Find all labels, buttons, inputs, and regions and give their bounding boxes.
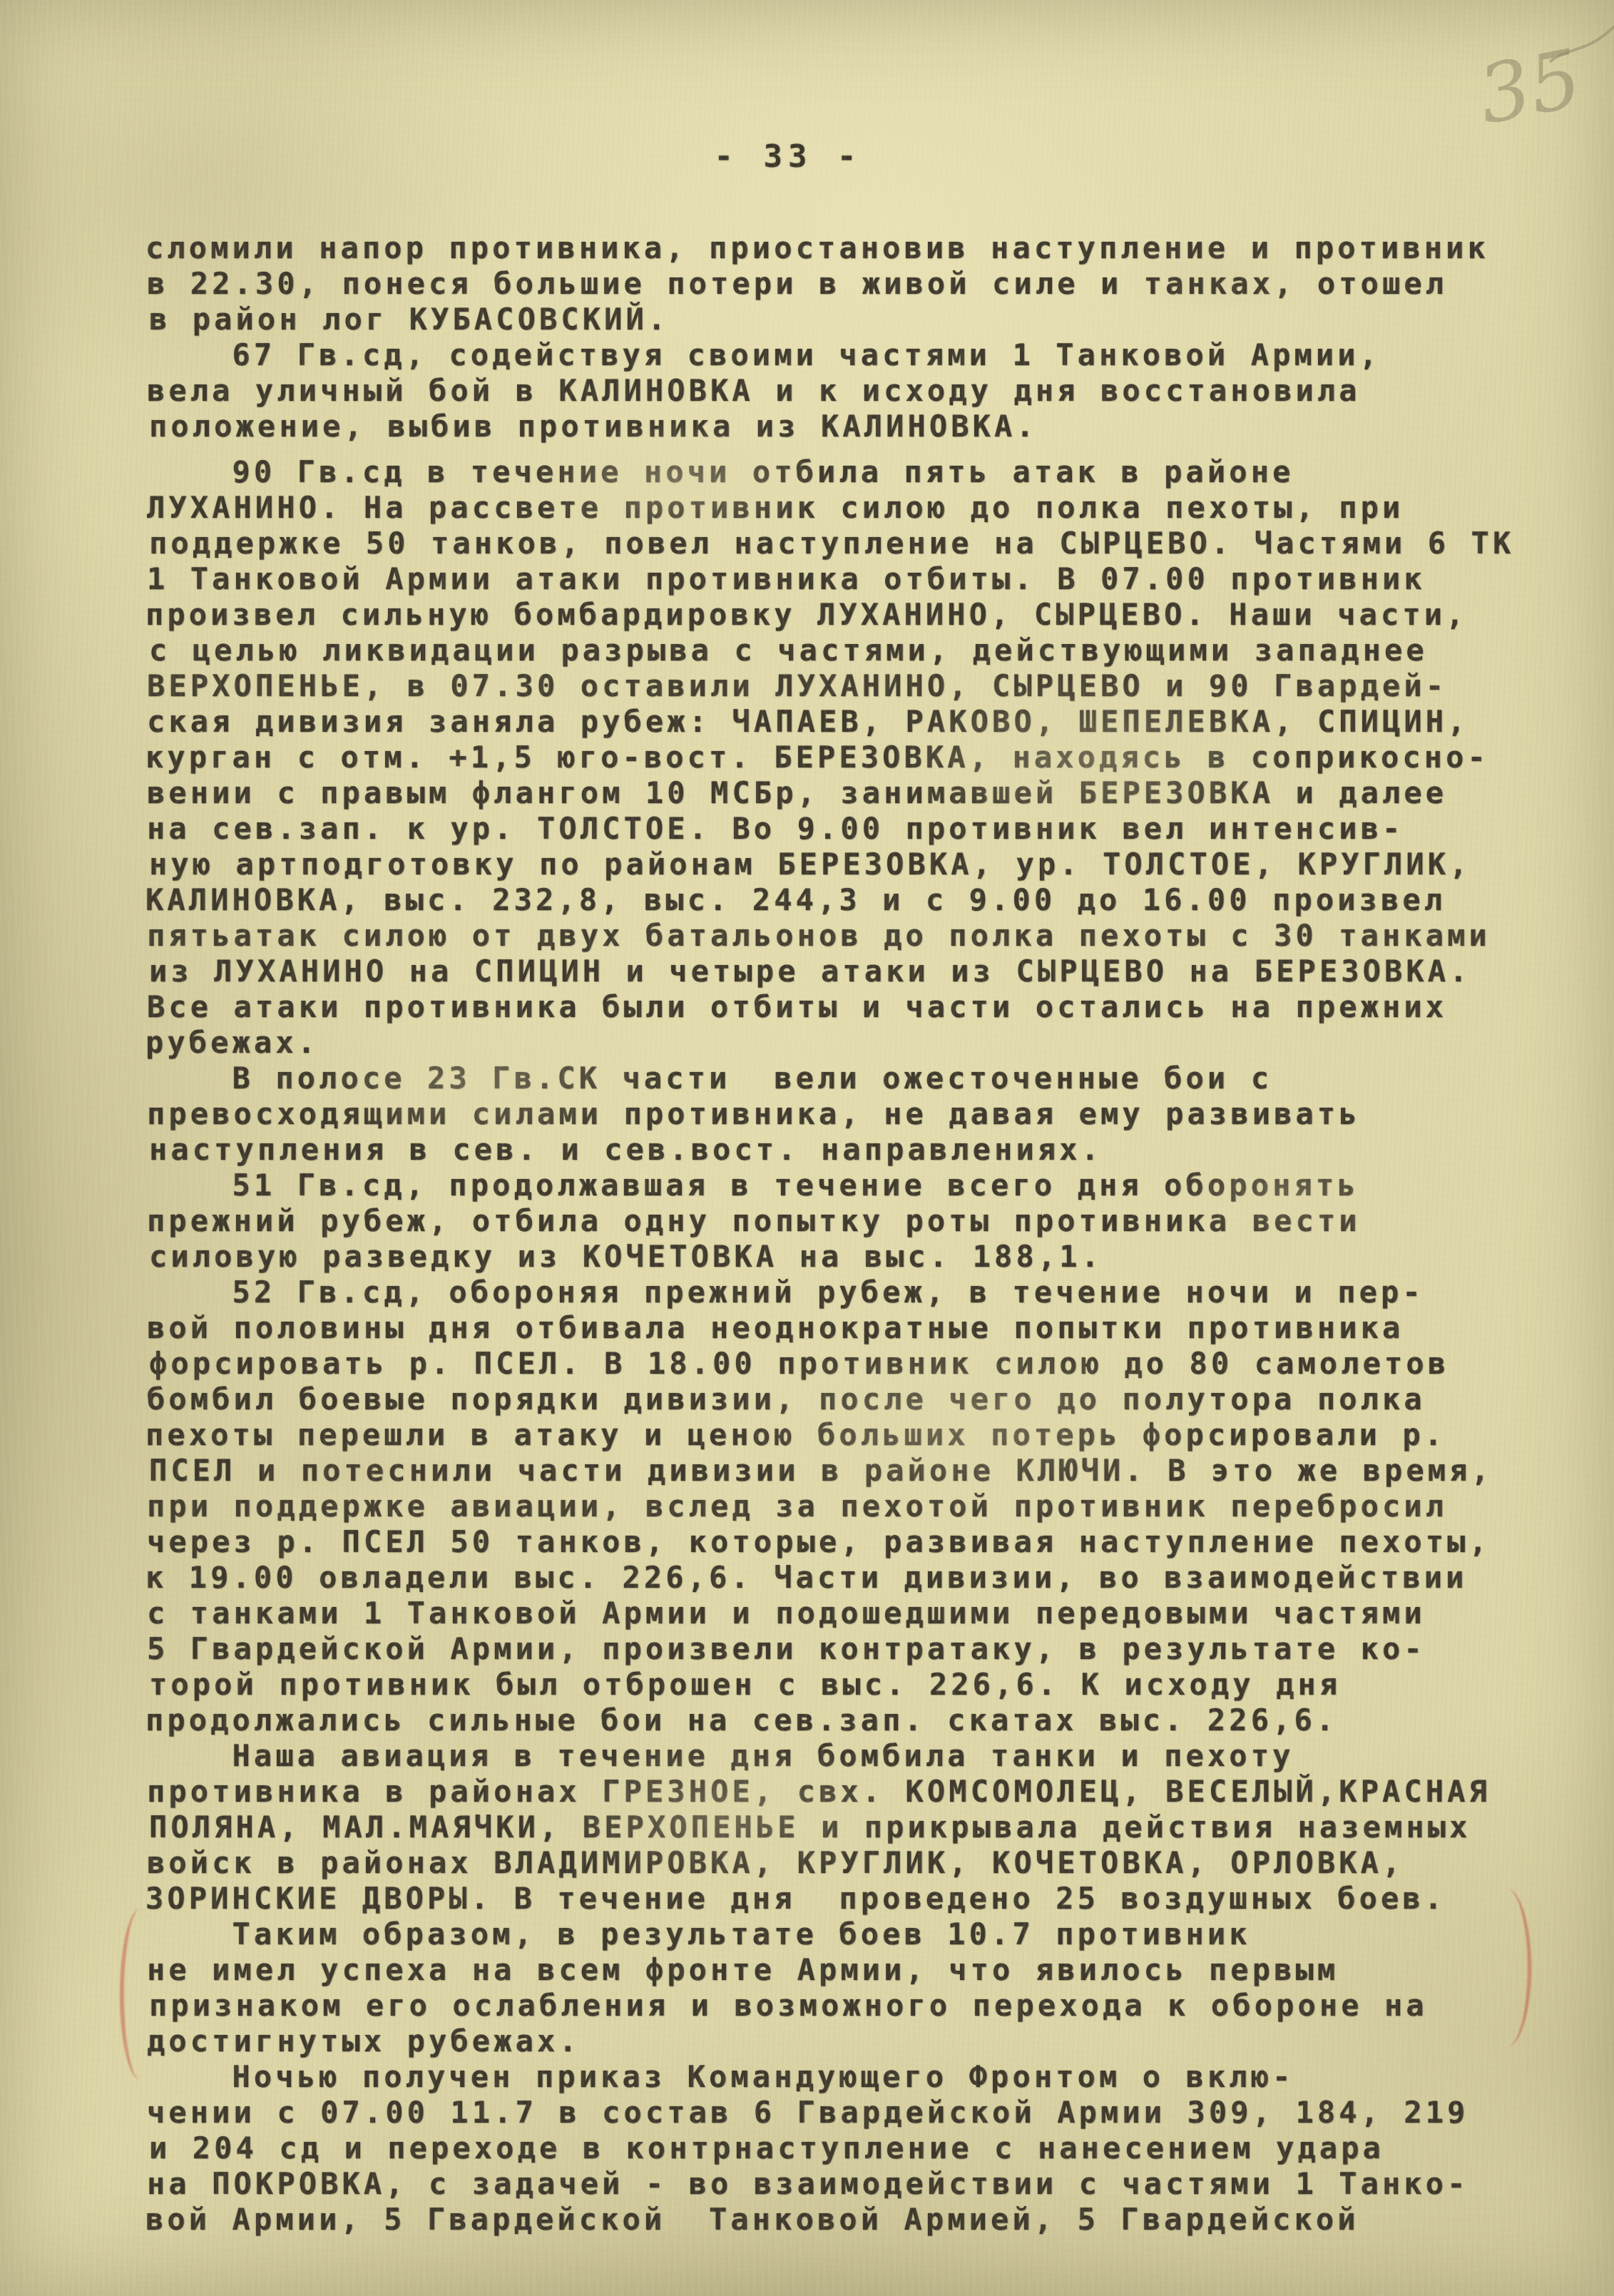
text-line: вела уличный бой в КАЛИНОВКА и к исходу … [147, 373, 1545, 409]
text-line: ПОЛЯНА, МАЛ.МАЯЧКИ, ВЕРХОПЕНЬЕ и прикрыв… [149, 1810, 1547, 1845]
text-line: вой половины дня отбивала неоднократные … [147, 1310, 1545, 1346]
text-line: Все атаки противника были отбиты и части… [147, 989, 1545, 1025]
text-line: Таким образом, в результате боев 10.7 пр… [145, 1917, 1543, 1952]
text-line: из ЛУХАНИНО на СПИЦИН и четыре атаки из … [149, 954, 1547, 989]
document-body: сломили напор противника, приостановив н… [147, 230, 1545, 2238]
paragraph: Наша авиация в течение дня бомбила танки… [147, 1738, 1545, 1917]
text-line: форсировать р. ПСЕЛ. В 18.00 противник с… [149, 1346, 1547, 1382]
text-line: положение, выбив противника из КАЛИНОВКА… [149, 409, 1547, 444]
text-line: в 22.30, понеся большие потери в живой с… [147, 266, 1545, 302]
text-line: 51 Гв.сд, продолжавшая в течение всего д… [145, 1168, 1543, 1203]
text-line: пятьатак силою от двух батальонов до пол… [147, 918, 1545, 954]
text-line: ПСЕЛ и потеснили части дивизии в районе … [149, 1453, 1547, 1489]
text-line: сломили напор противника, приостановив н… [145, 230, 1543, 266]
text-line: ВЕРХОПЕНЬЕ, в 07.30 оставили ЛУХАНИНО, С… [147, 668, 1545, 704]
paragraph: В полосе 23 Гв.СК части вели ожесточенны… [147, 1061, 1545, 1168]
paragraph: сломили напор противника, приостановив н… [147, 230, 1545, 337]
text-line: ская дивизия заняла рубеж: ЧАПАЕВ, РАКОВ… [147, 704, 1545, 740]
text-line: 52 Гв.сд, обороняя прежний рубеж, в тече… [145, 1275, 1543, 1310]
text-line: признаком его ослабления и возможного пе… [149, 1988, 1547, 2024]
text-line: 90 Гв.сд в течение ночи отбила пять атак… [145, 454, 1543, 490]
text-line: войск в районах ВЛАДИМИРОВКА, КРУГЛИК, К… [147, 1845, 1545, 1881]
text-line: на сев.зап. к ур. ТОЛСТОЕ. Во 9.00 проти… [147, 811, 1545, 847]
text-line: ную артподготовку по районам БЕРЕЗОВКА, … [149, 847, 1547, 882]
text-line: 67 Гв.сд, содействуя своими частями 1 Та… [145, 337, 1543, 373]
text-line: вении с правым флангом 10 МСБр, занимавш… [147, 775, 1545, 811]
text-line: ЗОРИНСКИЕ ДВОРЫ. В течение дня проведено… [145, 1881, 1543, 1917]
text-line: В полосе 23 Гв.СК части вели ожесточенны… [145, 1061, 1543, 1096]
text-line: ЛУХАНИНО. На рассвете противник силою до… [147, 490, 1545, 526]
paragraph: 90 Гв.сд в течение ночи отбила пять атак… [147, 454, 1545, 1061]
paragraph: Таким образом, в результате боев 10.7 пр… [147, 1917, 1545, 2059]
page-number: - 33 - [703, 138, 874, 175]
text-line: достигнутых рубежах. [147, 2024, 1545, 2059]
paragraph: 67 Гв.сд, содействуя своими частями 1 Та… [147, 337, 1545, 444]
text-line: 5 Гвардейской Армии, произвели контратак… [147, 1631, 1545, 1667]
text-line: через р. ПСЕЛ 50 танков, которые, развив… [147, 1524, 1545, 1560]
text-line: Ночью получен приказ Командующего Фронто… [145, 2059, 1543, 2095]
text-line: наступления в сев. и сев.вост. направлен… [149, 1132, 1547, 1168]
text-line: с танками 1 Танковой Армии и подошедшими… [147, 1596, 1545, 1631]
text-line: при поддержке авиации, вслед за пехотой … [147, 1489, 1545, 1524]
paragraph: Ночью получен приказ Командующего Фронто… [147, 2059, 1545, 2238]
text-line: курган с отм. +1,5 юго-вост. БЕРЕЗОВКА, … [145, 740, 1543, 775]
pencil-flourish-stroke [1551, 27, 1613, 61]
text-line: чении с 07.00 11.7 в состав 6 Гвардейско… [147, 2095, 1545, 2131]
text-line: с целью ликвидации разрыва с частями, де… [149, 633, 1547, 668]
text-line: 1 Танковой Армии атаки противника отбиты… [147, 561, 1545, 597]
text-line: к 19.00 овладели выс. 226,6. Части дивиз… [145, 1560, 1543, 1596]
text-line: противника в районах ГРЕЗНОЕ, свх. КОМСО… [147, 1774, 1545, 1810]
paragraph: 51 Гв.сд, продолжавшая в течение всего д… [147, 1168, 1545, 1275]
text-line: силовую разведку из КОЧЕТОВКА на выс. 18… [149, 1239, 1547, 1275]
text-line: и 204 сд и переходе в контрнаступление с… [149, 2131, 1547, 2166]
text-line: превосходящими силами противника, не дав… [147, 1096, 1545, 1132]
text-line: не имел успеха на всем фронте Армии, что… [147, 1952, 1545, 1988]
handwritten-page-mark: 35 [1461, 17, 1614, 153]
text-line: торой противник был отброшен с выс. 226,… [149, 1667, 1547, 1703]
paragraph: 52 Гв.сд, обороняя прежний рубеж, в тече… [147, 1275, 1545, 1738]
text-line: продолжались сильные бои на сев.зап. ска… [145, 1703, 1543, 1738]
text-line: КАЛИНОВКА, выс. 232,8, выс. 244,3 и с 9.… [145, 882, 1543, 918]
handwritten-number-text: 35 [1471, 32, 1589, 143]
scanned-document-page: - 33 - 35 сломили напор противника, прио… [0, 0, 1614, 2296]
text-line: в район лог КУБАСОВСКИЙ. [149, 302, 1547, 337]
text-line: на ПОКРОВКА, с задачей - во взаимодейств… [147, 2166, 1545, 2202]
text-line: прежний рубеж, отбила одну попытку роты … [147, 1203, 1545, 1239]
text-line: пехоты перешли в атаку и ценою больших п… [145, 1417, 1543, 1453]
text-line: бомбил боевые порядки дивизии, после чег… [147, 1382, 1545, 1417]
text-line: Наша авиация в течение дня бомбила танки… [145, 1738, 1543, 1774]
text-line: поддержке 50 танков, повел наступление н… [149, 526, 1547, 561]
text-line: произвел сильную бомбардировку ЛУХАНИНО,… [145, 597, 1543, 633]
text-line: вой Армии, 5 Гвардейской Танковой Армией… [145, 2202, 1543, 2238]
text-line: рубежах. [145, 1025, 1543, 1061]
